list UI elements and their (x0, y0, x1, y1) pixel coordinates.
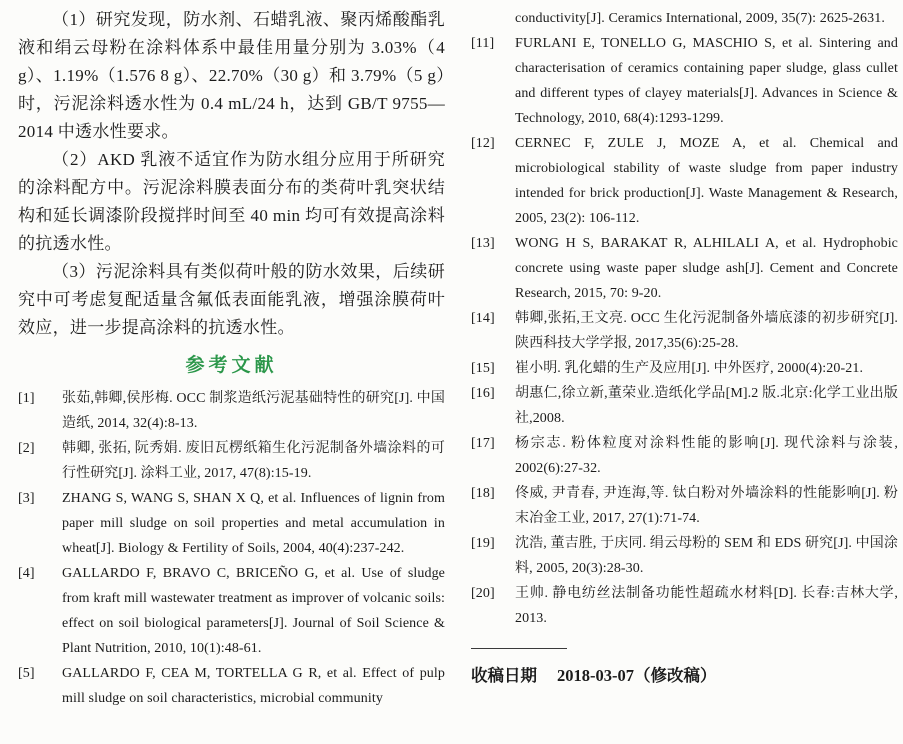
conclusion-paragraph-1: （1）研究发现，防水剂、石蜡乳液、聚丙烯酸酯乳液和绢云母粉在涂料体系中最佳用量分… (18, 6, 445, 146)
received-date-value: 2018-03-07（修改稿） (557, 666, 717, 685)
reference-label: [20] (471, 581, 495, 606)
reference-text: 韩卿,张拓,王文亮. OCC 生化污泥制备外墙底漆的初步研究[J]. 陕西科技大… (515, 311, 898, 351)
references-heading: 参考文献 (18, 350, 445, 377)
reference-text: ZHANG S, WANG S, SHAN X Q, et al. Influe… (62, 491, 445, 556)
reference-item-13: [13] WONG H S, BARAKAT R, ALHILALI A, et… (471, 231, 898, 306)
reference-item-20: [20] 王帅. 静电纺丝法制备功能性超疏水材料[D]. 长春:吉林大学, 20… (471, 581, 898, 631)
reference-label: [1] (18, 386, 35, 411)
reference-item-1: [1] 张茹,韩卿,侯彤梅. OCC 制浆造纸污泥基础特性的研究[J]. 中国造… (18, 386, 445, 436)
conclusion-paragraph-2: （2）AKD 乳液不适宜作为防水组分应用于所研究的涂料配方中。污泥涂料膜表面分布… (18, 146, 445, 258)
reference-label: [17] (471, 431, 495, 456)
footnote-divider (471, 648, 567, 649)
reference-label: [2] (18, 436, 35, 461)
reference-text: 张茹,韩卿,侯彤梅. OCC 制浆造纸污泥基础特性的研究[J]. 中国造纸, 2… (62, 391, 445, 431)
reference-text: WONG H S, BARAKAT R, ALHILALI A, et al. … (515, 236, 898, 301)
right-column: conductivity[J]. Ceramics International,… (471, 6, 898, 744)
reference-item-16: [16] 胡惠仁,徐立新,董荣业.造纸化学品[M].2 版.北京:化学工业出版社… (471, 381, 898, 431)
reference-item-2: [2] 韩卿, 张拓, 阮秀娟. 废旧瓦楞纸箱生化污泥制备外墙涂料的可行性研究[… (18, 436, 445, 486)
reference-text: 杨宗志. 粉体粒度对涂料性能的影响[J]. 现代涂料与涂装, 2002(6):2… (515, 436, 898, 476)
reference-continuation: conductivity[J]. Ceramics International,… (471, 6, 898, 31)
reference-text: 韩卿, 张拓, 阮秀娟. 废旧瓦楞纸箱生化污泥制备外墙涂料的可行性研究[J]. … (62, 441, 445, 481)
reference-item-3: [3] ZHANG S, WANG S, SHAN X Q, et al. In… (18, 486, 445, 561)
reference-item-5: [5] GALLARDO F, CEA M, TORTELLA G R, et … (18, 661, 445, 711)
reference-text: 胡惠仁,徐立新,董荣业.造纸化学品[M].2 版.北京:化学工业出版社,2008… (515, 386, 898, 426)
reference-label: [18] (471, 481, 495, 506)
reference-item-18: [18] 佟威, 尹青春, 尹连海,等. 钛白粉对外墙涂料的性能影响[J]. 粉… (471, 481, 898, 531)
reference-item-12: [12] CERNEC F, ZULE J, MOZE A, et al. Ch… (471, 131, 898, 231)
reference-label: [15] (471, 356, 495, 381)
reference-text: CERNEC F, ZULE J, MOZE A, et al. Chemica… (515, 136, 898, 226)
reference-label: [14] (471, 306, 495, 331)
reference-item-17: [17] 杨宗志. 粉体粒度对涂料性能的影响[J]. 现代涂料与涂装, 2002… (471, 431, 898, 481)
reference-item-4: [4] GALLARDO F, BRAVO C, BRICEÑO G, et a… (18, 561, 445, 661)
reference-text: 王帅. 静电纺丝法制备功能性超疏水材料[D]. 长春:吉林大学, 2013. (515, 586, 898, 626)
reference-text: GALLARDO F, BRAVO C, BRICEÑO G, et al. U… (62, 566, 445, 656)
reference-text: 沈浩, 董吉胜, 于庆同. 绢云母粉的 SEM 和 EDS 研究[J]. 中国涂… (515, 536, 898, 576)
left-column: （1）研究发现，防水剂、石蜡乳液、聚丙烯酸酯乳液和绢云母粉在涂料体系中最佳用量分… (18, 6, 445, 744)
reference-label: [19] (471, 531, 495, 556)
reference-text: GALLARDO F, CEA M, TORTELLA G R, et al. … (62, 666, 445, 706)
reference-label: [5] (18, 661, 35, 686)
conclusion-paragraph-3: （3）污泥涂料具有类似荷叶般的防水效果，后续研究中可考虑复配适量含氟低表面能乳液… (18, 258, 445, 342)
reference-label: [3] (18, 486, 35, 511)
reference-label: [16] (471, 381, 495, 406)
reference-label: [13] (471, 231, 495, 256)
reference-text: 佟威, 尹青春, 尹连海,等. 钛白粉对外墙涂料的性能影响[J]. 粉末冶金工业… (515, 486, 898, 526)
received-date: 收稿日期2018-03-07（修改稿） (471, 662, 898, 686)
reference-label: [4] (18, 561, 35, 586)
received-date-label: 收稿日期 (471, 667, 537, 685)
reference-label: [11] (471, 31, 494, 56)
reference-label: [12] (471, 131, 495, 156)
reference-item-14: [14] 韩卿,张拓,王文亮. OCC 生化污泥制备外墙底漆的初步研究[J]. … (471, 306, 898, 356)
reference-item-15: [15] 崔小明. 乳化蜡的生产及应用[J]. 中外医疗, 2000(4):20… (471, 356, 898, 381)
reference-text: 崔小明. 乳化蜡的生产及应用[J]. 中外医疗, 2000(4):20-21. (515, 361, 863, 376)
paper-page: （1）研究发现，防水剂、石蜡乳液、聚丙烯酸酯乳液和绢云母粉在涂料体系中最佳用量分… (0, 0, 903, 744)
reference-item-19: [19] 沈浩, 董吉胜, 于庆同. 绢云母粉的 SEM 和 EDS 研究[J]… (471, 531, 898, 581)
reference-text: FURLANI E, TONELLO G, MASCHIO S, et al. … (515, 36, 898, 126)
reference-item-11: [11] FURLANI E, TONELLO G, MASCHIO S, et… (471, 31, 898, 131)
